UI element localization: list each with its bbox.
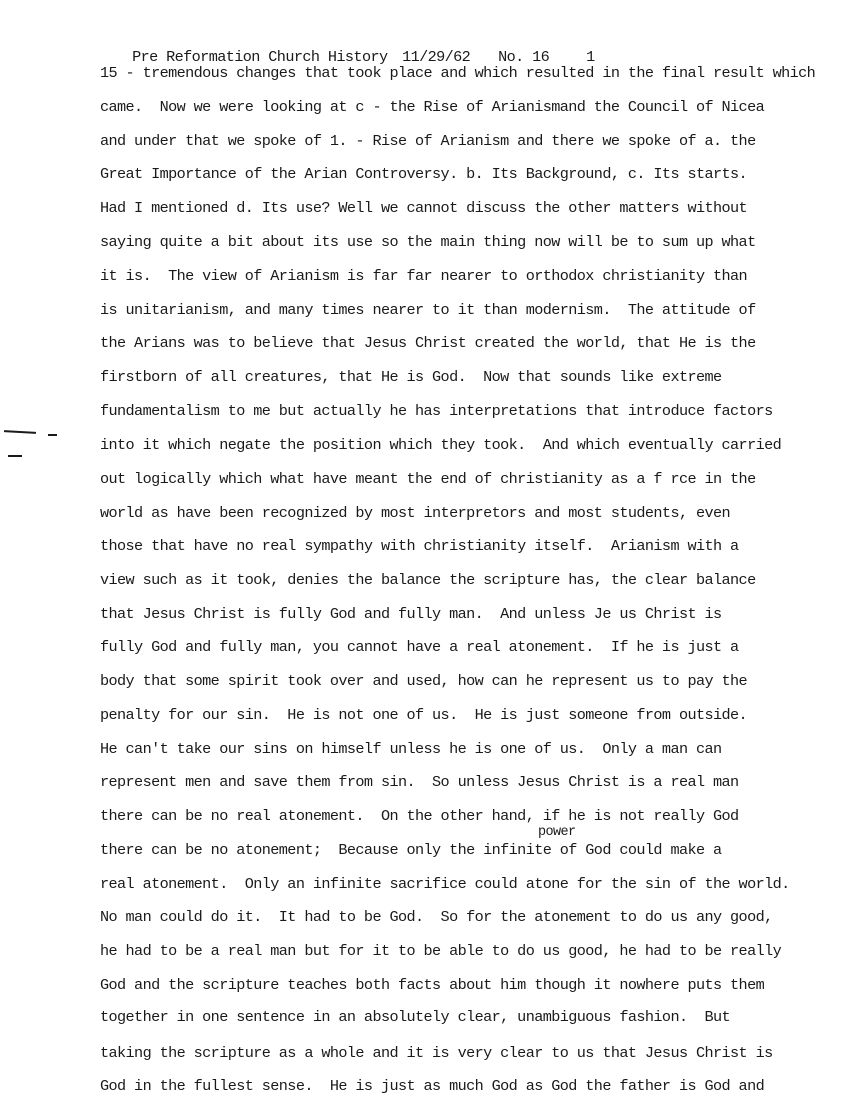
margin-mark	[48, 434, 57, 436]
text-line: God and the scripture teaches both facts…	[100, 976, 764, 994]
interlinear-insertion: power	[538, 825, 576, 840]
text-line: that Jesus Christ is fully God and fully…	[100, 605, 722, 623]
text-line: No man could do it. It had to be God. So…	[100, 908, 773, 926]
text-line: represent men and save them from sin. So…	[100, 773, 739, 791]
text-line: real atonement. Only an infinite sacrifi…	[100, 875, 790, 893]
text-line: is unitarianism, and many times nearer t…	[100, 301, 756, 319]
text-line: into it which negate the position which …	[100, 436, 781, 454]
text-line: Had I mentioned d. Its use? Well we cann…	[100, 199, 747, 217]
text-line: view such as it took, denies the balance…	[100, 571, 756, 589]
text-line: penalty for our sin. He is not one of us…	[100, 706, 747, 724]
text-line: body that some spirit took over and used…	[100, 672, 747, 690]
text-line: 15 - tremendous changes that took place …	[100, 64, 815, 82]
text-line: fully God and fully man, you cannot have…	[100, 638, 739, 656]
text-line: came. Now we were looking at c - the Ris…	[100, 98, 764, 116]
text-line: He can't take our sins on himself unless…	[100, 740, 722, 758]
margin-mark	[8, 455, 22, 457]
text-line: God in the fullest sense. He is just as …	[100, 1077, 764, 1095]
typewritten-page: Pre Reformation Church History11/29/62No…	[0, 0, 851, 1107]
text-line: together in one sentence in an absolutel…	[100, 1008, 730, 1026]
text-line: those that have no real sympathy with ch…	[100, 537, 739, 555]
text-line: there can be no atonement; Because only …	[100, 841, 722, 859]
text-line: it is. The view of Arianism is far far n…	[100, 267, 747, 285]
text-line: and under that we spoke of 1. - Rise of …	[100, 132, 756, 150]
text-line: world as have been recognized by most in…	[100, 504, 730, 522]
text-line: fundamentalism to me but actually he has…	[100, 402, 773, 420]
text-line: the Arians was to believe that Jesus Chr…	[100, 334, 756, 352]
text-line: there can be no real atonement. On the o…	[100, 807, 739, 825]
text-line: taking the scripture as a whole and it i…	[100, 1044, 773, 1062]
text-line: Great Importance of the Arian Controvers…	[100, 165, 747, 183]
margin-mark	[4, 430, 36, 434]
text-line: out logically which what have meant the …	[100, 470, 756, 488]
text-line: firstborn of all creatures, that He is G…	[100, 368, 722, 386]
text-line: he had to be a real man but for it to be…	[100, 942, 781, 960]
text-line: saying quite a bit about its use so the …	[100, 233, 756, 251]
